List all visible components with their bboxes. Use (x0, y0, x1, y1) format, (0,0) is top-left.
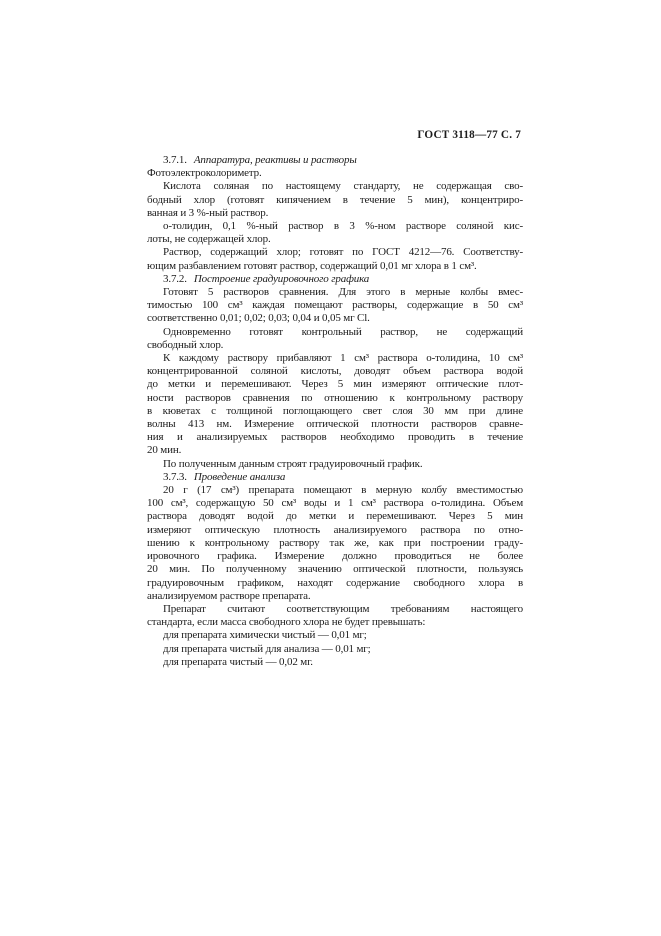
text-line: лоты, не содержащей хлор. (147, 233, 523, 246)
text-line: тимостью 100 см³ каждая помещают раствор… (147, 299, 523, 312)
text-line: ировочного графика. Измерение должно про… (147, 550, 523, 563)
text-line: ности растворов сравнения по отношению к… (147, 392, 523, 405)
text-line: свободный хлор. (147, 339, 523, 352)
text-line: для препарата химически чистый — 0,01 мг… (147, 629, 523, 642)
section-number: 3.7.1. (163, 154, 187, 166)
text-line: до метки и перемешивают. Через 5 мин изм… (147, 378, 523, 391)
section-title: Проведение анализа (194, 471, 285, 483)
section-title: Построение градуировочного графика (194, 273, 369, 285)
text-line: 20 мин. По полученному значению оптическ… (147, 563, 523, 576)
text-line: бодный хлор (готовят кипячением в течени… (147, 194, 523, 207)
document-page: ГОСТ 3118—77 С. 7 3.7.1.Аппаратура, реак… (0, 0, 661, 936)
text-line: Фотоэлектроколориметр. (147, 167, 523, 180)
text-line: анализируемом растворе препарата. (147, 590, 523, 603)
document-body: 3.7.1.Аппаратура, реактивы и растворыФот… (147, 154, 523, 669)
section-heading: 3.7.3.Проведение анализа (147, 471, 523, 484)
text-line: волны 413 нм. Измерение оптической плотн… (147, 418, 523, 431)
text-line: Готовят 5 растворов сравнения. Для этого… (147, 286, 523, 299)
section-title: Аппаратура, реактивы и растворы (194, 154, 357, 166)
text-line: в кюветах с толщиной поглощающего свет с… (147, 405, 523, 418)
text-line: ния и анализируемых растворов необходимо… (147, 431, 523, 444)
text-line: 20 г (17 см³) препарата помещают в мерну… (147, 484, 523, 497)
text-line: 100 см³, содержащую 50 см³ воды и 1 см³ … (147, 497, 523, 510)
text-line: шению к контрольному раствору так же, ка… (147, 537, 523, 550)
text-line: концентрированной соляной кислоты, довод… (147, 365, 523, 378)
text-line: К каждому раствору прибавляют 1 см³ раст… (147, 352, 523, 365)
text-line: Одновременно готовят контрольный раствор… (147, 326, 523, 339)
text-line: ющим разбавлением готовят раствор, содер… (147, 260, 523, 273)
text-line: раствора доводят водой до метки и переме… (147, 510, 523, 523)
section-number: 3.7.2. (163, 273, 187, 285)
section-heading: 3.7.2.Построение градуировочного графика (147, 273, 523, 286)
text-line: По полученным данным строят градуировочн… (147, 458, 523, 471)
text-line: соответственно 0,01; 0,02; 0,03; 0,04 и … (147, 312, 523, 325)
text-line: ванная и 3 %-ный раствор. (147, 207, 523, 220)
text-line: о-толидин, 0,1 %-ный раствор в 3 %-ном р… (147, 220, 523, 233)
text-line: Препарат считают соответствующим требова… (147, 603, 523, 616)
text-line: 20 мин. (147, 444, 523, 457)
text-line: стандарта, если масса свободного хлора н… (147, 616, 523, 629)
text-line: градуировочным графиком, находят содержа… (147, 577, 523, 590)
section-heading: 3.7.1.Аппаратура, реактивы и растворы (147, 154, 523, 167)
text-line: Кислота соляная по настоящему стандарту,… (147, 180, 523, 193)
text-line: Раствор, содержащий хлор; готовят по ГОС… (147, 246, 523, 259)
page-header: ГОСТ 3118—77 С. 7 (147, 129, 521, 141)
text-line: измеряют оптическую плотность анализируе… (147, 524, 523, 537)
text-line: для препарата чистый — 0,02 мг. (147, 656, 523, 669)
text-line: для препарата чистый для анализа — 0,01 … (147, 643, 523, 656)
section-number: 3.7.3. (163, 471, 187, 483)
